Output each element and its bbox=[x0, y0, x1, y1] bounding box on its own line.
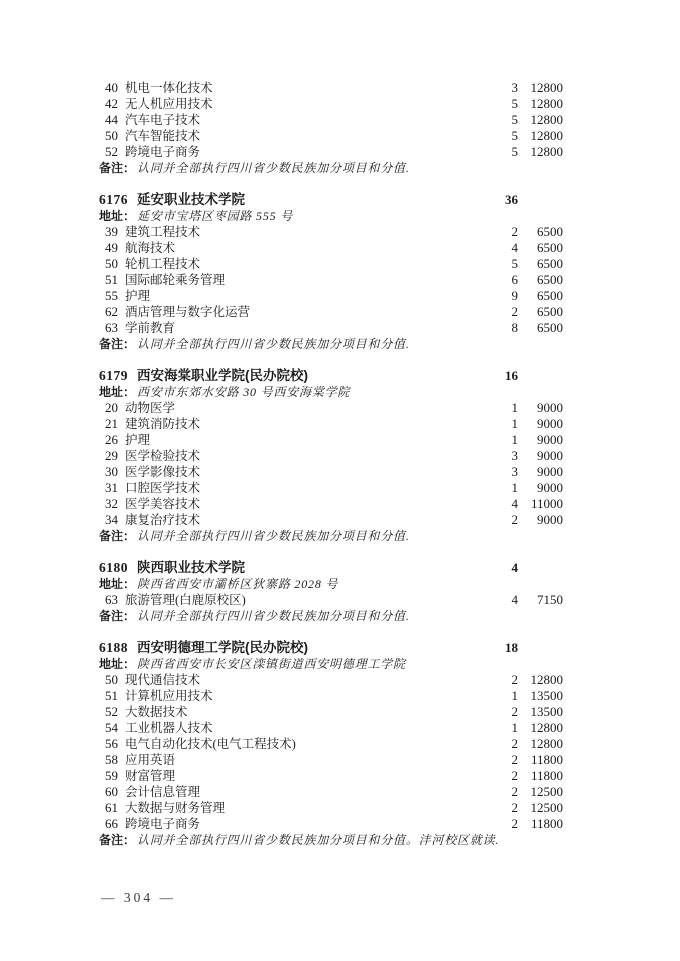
institution-total: 4 bbox=[488, 560, 518, 576]
major-name: 学前教育 bbox=[125, 320, 488, 336]
note-label: 备注： bbox=[99, 528, 135, 544]
major-number: 50 bbox=[99, 672, 118, 688]
note-label: 备注： bbox=[99, 608, 135, 624]
major-name: 计算机应用技术 bbox=[125, 688, 488, 704]
major-row: 49 航海技术 4 6500 bbox=[99, 240, 563, 256]
major-row: 21 建筑消防技术 1 9000 bbox=[99, 416, 563, 432]
plan-count: 5 bbox=[488, 144, 518, 160]
major-number: 60 bbox=[99, 784, 118, 800]
institution-total: 36 bbox=[488, 192, 518, 208]
tuition-fee: 13500 bbox=[518, 704, 563, 720]
major-rows: 40 机电一体化技术 3 12800 42 无人机应用技术 5 12800 44… bbox=[99, 80, 563, 160]
major-name: 电气自动化技术(电气工程技术) bbox=[125, 736, 488, 752]
tuition-fee: 9000 bbox=[518, 448, 563, 464]
major-number: 55 bbox=[99, 288, 118, 304]
plan-count: 5 bbox=[488, 256, 518, 272]
tuition-fee: 9000 bbox=[518, 512, 563, 528]
major-name: 护理 bbox=[125, 432, 488, 448]
plan-count: 1 bbox=[488, 416, 518, 432]
plan-count: 9 bbox=[488, 288, 518, 304]
page-number: — 304 — bbox=[101, 890, 176, 906]
major-number: 42 bbox=[99, 96, 118, 112]
major-number: 51 bbox=[99, 272, 118, 288]
institution-section: 6179 西安海棠职业学院(民办院校) 16 地址： 西安市东郊水安路 30 号… bbox=[99, 368, 563, 544]
tuition-fee: 12800 bbox=[518, 144, 563, 160]
major-row: 29 医学检验技术 3 9000 bbox=[99, 448, 563, 464]
address-line: 地址： 延安市宝塔区枣园路 555 号 bbox=[99, 208, 563, 224]
tuition-fee: 6500 bbox=[518, 320, 563, 336]
major-name: 大数据技术 bbox=[125, 704, 488, 720]
major-number: 49 bbox=[99, 240, 118, 256]
major-number: 54 bbox=[99, 720, 118, 736]
plan-count: 2 bbox=[488, 304, 518, 320]
tuition-fee: 6500 bbox=[518, 272, 563, 288]
address-value: 西安市东郊水安路 30 号西安海棠学院 bbox=[137, 384, 350, 400]
major-name: 医学影像技术 bbox=[125, 464, 488, 480]
major-row: 30 医学影像技术 3 9000 bbox=[99, 464, 563, 480]
tuition-fee: 12800 bbox=[518, 96, 563, 112]
major-name: 汽车智能技术 bbox=[125, 128, 488, 144]
plan-count: 5 bbox=[488, 96, 518, 112]
major-row: 32 医学美容技术 4 11000 bbox=[99, 496, 563, 512]
address-label: 地址： bbox=[99, 576, 135, 592]
plan-count: 5 bbox=[488, 112, 518, 128]
plan-count: 4 bbox=[488, 592, 518, 608]
admissions-list: 40 机电一体化技术 3 12800 42 无人机应用技术 5 12800 44… bbox=[99, 80, 563, 864]
institution-header: 6179 西安海棠职业学院(民办院校) 16 bbox=[99, 368, 563, 384]
tuition-fee: 6500 bbox=[518, 224, 563, 240]
major-rows: 63 旅游管理(白鹿原校区) 4 7150 bbox=[99, 592, 563, 608]
major-number: 40 bbox=[99, 80, 118, 96]
institution-name: 陕西职业技术学院 bbox=[137, 560, 245, 576]
tuition-fee: 12800 bbox=[518, 80, 563, 96]
tuition-fee: 9000 bbox=[518, 432, 563, 448]
address-value: 陕西省西安市灞桥区狄寨路 2028 号 bbox=[137, 576, 338, 592]
major-row: 42 无人机应用技术 5 12800 bbox=[99, 96, 563, 112]
plan-count: 3 bbox=[488, 448, 518, 464]
major-name: 应用英语 bbox=[125, 752, 488, 768]
tuition-fee: 6500 bbox=[518, 240, 563, 256]
major-number: 52 bbox=[99, 144, 118, 160]
major-name: 口腔医学技术 bbox=[125, 480, 488, 496]
major-name: 国际邮轮乘务管理 bbox=[125, 272, 488, 288]
tuition-fee: 7150 bbox=[518, 592, 563, 608]
note-line: 备注： 认同并全部执行四川省少数民族加分项目和分值. bbox=[99, 608, 563, 624]
major-row: 50 轮机工程技术 5 6500 bbox=[99, 256, 563, 272]
major-number: 20 bbox=[99, 400, 118, 416]
note-text: 认同并全部执行四川省少数民族加分项目和分值. bbox=[137, 336, 410, 352]
major-number: 32 bbox=[99, 496, 118, 512]
major-row: 58 应用英语 2 11800 bbox=[99, 752, 563, 768]
major-name: 护理 bbox=[125, 288, 488, 304]
tuition-fee: 11000 bbox=[518, 496, 563, 512]
plan-count: 1 bbox=[488, 480, 518, 496]
institution-total: 18 bbox=[488, 640, 518, 656]
address-line: 地址： 陕西省西安市灞桥区狄寨路 2028 号 bbox=[99, 576, 563, 592]
major-name: 康复治疗技术 bbox=[125, 512, 488, 528]
institution-header: 6188 西安明德理工学院(民办院校) 18 bbox=[99, 640, 563, 656]
tuition-fee: 12500 bbox=[518, 784, 563, 800]
major-number: 62 bbox=[99, 304, 118, 320]
institution-header: 6180 陕西职业技术学院 4 bbox=[99, 560, 563, 576]
major-name: 现代通信技术 bbox=[125, 672, 488, 688]
major-row: 26 护理 1 9000 bbox=[99, 432, 563, 448]
major-row: 61 大数据与财务管理 2 12500 bbox=[99, 800, 563, 816]
major-row: 63 学前教育 8 6500 bbox=[99, 320, 563, 336]
major-number: 58 bbox=[99, 752, 118, 768]
plan-count: 4 bbox=[488, 496, 518, 512]
major-name: 机电一体化技术 bbox=[125, 80, 488, 96]
major-number: 50 bbox=[99, 256, 118, 272]
major-row: 51 国际邮轮乘务管理 6 6500 bbox=[99, 272, 563, 288]
plan-count: 2 bbox=[488, 224, 518, 240]
tuition-fee: 12800 bbox=[518, 720, 563, 736]
plan-count: 8 bbox=[488, 320, 518, 336]
plan-count: 5 bbox=[488, 128, 518, 144]
major-number: 34 bbox=[99, 512, 118, 528]
plan-count: 1 bbox=[488, 400, 518, 416]
major-row: 50 现代通信技术 2 12800 bbox=[99, 672, 563, 688]
major-row: 62 酒店管理与数字化运营 2 6500 bbox=[99, 304, 563, 320]
plan-count: 1 bbox=[488, 720, 518, 736]
tuition-fee: 11800 bbox=[518, 752, 563, 768]
major-row: 31 口腔医学技术 1 9000 bbox=[99, 480, 563, 496]
plan-count: 2 bbox=[488, 736, 518, 752]
major-row: 60 会计信息管理 2 12500 bbox=[99, 784, 563, 800]
institution-code: 6188 bbox=[99, 640, 128, 656]
major-number: 52 bbox=[99, 704, 118, 720]
note-line: 备注： 认同并全部执行四川省少数民族加分项目和分值。沣河校区就读. bbox=[99, 832, 563, 848]
plan-count: 2 bbox=[488, 512, 518, 528]
address-label: 地址： bbox=[99, 656, 135, 672]
major-name: 航海技术 bbox=[125, 240, 488, 256]
plan-count: 2 bbox=[488, 768, 518, 784]
major-row: 20 动物医学 1 9000 bbox=[99, 400, 563, 416]
plan-count: 2 bbox=[488, 816, 518, 832]
tuition-fee: 9000 bbox=[518, 400, 563, 416]
institution-section: 6180 陕西职业技术学院 4 地址： 陕西省西安市灞桥区狄寨路 2028 号 … bbox=[99, 560, 563, 624]
address-label: 地址： bbox=[99, 384, 135, 400]
tuition-fee: 12800 bbox=[518, 128, 563, 144]
major-row: 56 电气自动化技术(电气工程技术) 2 12800 bbox=[99, 736, 563, 752]
major-name: 汽车电子技术 bbox=[125, 112, 488, 128]
tuition-fee: 11800 bbox=[518, 816, 563, 832]
plan-count: 2 bbox=[488, 784, 518, 800]
tuition-fee: 12800 bbox=[518, 672, 563, 688]
major-number: 56 bbox=[99, 736, 118, 752]
tuition-fee: 12800 bbox=[518, 112, 563, 128]
major-row: 66 跨境电子商务 2 11800 bbox=[99, 816, 563, 832]
major-name: 工业机器人技术 bbox=[125, 720, 488, 736]
tuition-fee: 13500 bbox=[518, 688, 563, 704]
major-rows: 39 建筑工程技术 2 6500 49 航海技术 4 6500 50 轮机工程技… bbox=[99, 224, 563, 336]
major-row: 55 护理 9 6500 bbox=[99, 288, 563, 304]
plan-count: 3 bbox=[488, 80, 518, 96]
plan-count: 2 bbox=[488, 800, 518, 816]
institution-header: 6176 延安职业技术学院 36 bbox=[99, 192, 563, 208]
institution-section: 6188 西安明德理工学院(民办院校) 18 地址： 陕西省西安市长安区滦镇街道… bbox=[99, 640, 563, 848]
institution-total: 16 bbox=[488, 368, 518, 384]
note-label: 备注： bbox=[99, 336, 135, 352]
major-row: 34 康复治疗技术 2 9000 bbox=[99, 512, 563, 528]
major-name: 建筑工程技术 bbox=[125, 224, 488, 240]
major-number: 51 bbox=[99, 688, 118, 704]
note-line: 备注： 认同并全部执行四川省少数民族加分项目和分值. bbox=[99, 160, 563, 176]
major-number: 59 bbox=[99, 768, 118, 784]
tuition-fee: 11800 bbox=[518, 768, 563, 784]
document-page: 40 机电一体化技术 3 12800 42 无人机应用技术 5 12800 44… bbox=[0, 0, 680, 961]
major-name: 会计信息管理 bbox=[125, 784, 488, 800]
major-name: 跨境电子商务 bbox=[125, 144, 488, 160]
major-name: 财富管理 bbox=[125, 768, 488, 784]
major-row: 44 汽车电子技术 5 12800 bbox=[99, 112, 563, 128]
tuition-fee: 9000 bbox=[518, 464, 563, 480]
major-number: 29 bbox=[99, 448, 118, 464]
tuition-fee: 9000 bbox=[518, 480, 563, 496]
major-row: 39 建筑工程技术 2 6500 bbox=[99, 224, 563, 240]
plan-count: 6 bbox=[488, 272, 518, 288]
major-row: 59 财富管理 2 11800 bbox=[99, 768, 563, 784]
note-text: 认同并全部执行四川省少数民族加分项目和分值. bbox=[137, 528, 410, 544]
tuition-fee: 12800 bbox=[518, 736, 563, 752]
major-number: 61 bbox=[99, 800, 118, 816]
major-name: 无人机应用技术 bbox=[125, 96, 488, 112]
major-number: 66 bbox=[99, 816, 118, 832]
tuition-fee: 6500 bbox=[518, 256, 563, 272]
plan-count: 2 bbox=[488, 752, 518, 768]
major-name: 医学检验技术 bbox=[125, 448, 488, 464]
plan-count: 2 bbox=[488, 672, 518, 688]
plan-count: 4 bbox=[488, 240, 518, 256]
major-name: 跨境电子商务 bbox=[125, 816, 488, 832]
major-name: 动物医学 bbox=[125, 400, 488, 416]
institution-code: 6179 bbox=[99, 368, 128, 384]
major-number: 63 bbox=[99, 592, 118, 608]
note-text: 认同并全部执行四川省少数民族加分项目和分值. bbox=[137, 160, 410, 176]
major-name: 轮机工程技术 bbox=[125, 256, 488, 272]
note-text: 认同并全部执行四川省少数民族加分项目和分值。沣河校区就读. bbox=[137, 832, 499, 848]
tuition-fee: 6500 bbox=[518, 288, 563, 304]
major-row: 54 工业机器人技术 1 12800 bbox=[99, 720, 563, 736]
institution-section: 6176 延安职业技术学院 36 地址： 延安市宝塔区枣园路 555 号 39 … bbox=[99, 192, 563, 352]
tuition-fee: 9000 bbox=[518, 416, 563, 432]
institution-name: 西安明德理工学院(民办院校) bbox=[137, 640, 308, 656]
major-name: 旅游管理(白鹿原校区) bbox=[125, 592, 488, 608]
institution-code: 6176 bbox=[99, 192, 128, 208]
major-rows: 20 动物医学 1 9000 21 建筑消防技术 1 9000 26 护理 1 … bbox=[99, 400, 563, 528]
major-number: 26 bbox=[99, 432, 118, 448]
major-row: 40 机电一体化技术 3 12800 bbox=[99, 80, 563, 96]
major-row: 63 旅游管理(白鹿原校区) 4 7150 bbox=[99, 592, 563, 608]
major-number: 50 bbox=[99, 128, 118, 144]
major-rows: 50 现代通信技术 2 12800 51 计算机应用技术 1 13500 52 … bbox=[99, 672, 563, 832]
institution-section: 40 机电一体化技术 3 12800 42 无人机应用技术 5 12800 44… bbox=[99, 80, 563, 176]
note-text: 认同并全部执行四川省少数民族加分项目和分值. bbox=[137, 608, 410, 624]
note-label: 备注： bbox=[99, 160, 135, 176]
major-number: 39 bbox=[99, 224, 118, 240]
tuition-fee: 12500 bbox=[518, 800, 563, 816]
institution-code: 6180 bbox=[99, 560, 128, 576]
major-name: 医学美容技术 bbox=[125, 496, 488, 512]
address-value: 陕西省西安市长安区滦镇街道西安明德理工学院 bbox=[137, 656, 406, 672]
major-number: 63 bbox=[99, 320, 118, 336]
plan-count: 1 bbox=[488, 432, 518, 448]
tuition-fee: 6500 bbox=[518, 304, 563, 320]
major-number: 31 bbox=[99, 480, 118, 496]
institution-name: 西安海棠职业学院(民办院校) bbox=[137, 368, 308, 384]
note-line: 备注： 认同并全部执行四川省少数民族加分项目和分值. bbox=[99, 528, 563, 544]
major-name: 建筑消防技术 bbox=[125, 416, 488, 432]
address-line: 地址： 陕西省西安市长安区滦镇街道西安明德理工学院 bbox=[99, 656, 563, 672]
plan-count: 3 bbox=[488, 464, 518, 480]
plan-count: 2 bbox=[488, 704, 518, 720]
address-value: 延安市宝塔区枣园路 555 号 bbox=[137, 208, 293, 224]
note-label: 备注： bbox=[99, 832, 135, 848]
major-row: 51 计算机应用技术 1 13500 bbox=[99, 688, 563, 704]
note-line: 备注： 认同并全部执行四川省少数民族加分项目和分值. bbox=[99, 336, 563, 352]
address-line: 地址： 西安市东郊水安路 30 号西安海棠学院 bbox=[99, 384, 563, 400]
major-row: 50 汽车智能技术 5 12800 bbox=[99, 128, 563, 144]
major-name: 大数据与财务管理 bbox=[125, 800, 488, 816]
major-number: 44 bbox=[99, 112, 118, 128]
address-label: 地址： bbox=[99, 208, 135, 224]
major-row: 52 跨境电子商务 5 12800 bbox=[99, 144, 563, 160]
major-number: 30 bbox=[99, 464, 118, 480]
major-row: 52 大数据技术 2 13500 bbox=[99, 704, 563, 720]
major-name: 酒店管理与数字化运营 bbox=[125, 304, 488, 320]
major-number: 21 bbox=[99, 416, 118, 432]
institution-name: 延安职业技术学院 bbox=[137, 192, 245, 208]
plan-count: 1 bbox=[488, 688, 518, 704]
